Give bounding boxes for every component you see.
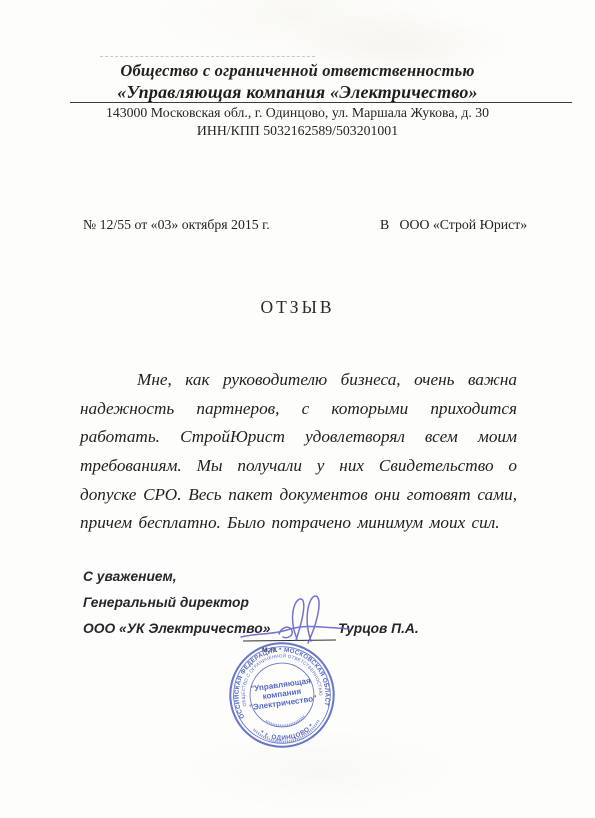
letterhead-org-type: Общество с ограниченной ответственностью — [0, 61, 595, 81]
signer-position: Генеральный директор — [83, 595, 249, 610]
letterhead-org-name: «Управляющая компания «Электричество» — [0, 82, 595, 103]
letterhead-divider — [70, 102, 572, 103]
scan-artifact-line — [100, 56, 315, 57]
letterhead-inn-kpp: ИНН/КПП 5032162589/503201001 — [0, 123, 595, 139]
addressee: В ООО «Строй Юрист» — [380, 217, 527, 233]
letterhead-address: 143000 Московская обл., г. Одинцово, ул.… — [0, 105, 595, 121]
company-stamp: РОССИЙСКАЯ ФЕДЕРАЦИЯ * МОСКОВСКАЯ ОБЛАСТ… — [216, 629, 347, 760]
review-body-paragraph: Мне, как руководителю бизнеса, очень важ… — [80, 366, 517, 538]
outgoing-number-date: № 12/55 от «03» октября 2015 г. — [83, 217, 270, 233]
handwritten-signature — [237, 592, 355, 646]
document-title: ОТЗЫВ — [0, 297, 595, 318]
salutation: С уважением, — [83, 569, 177, 584]
stamp-center-text: "Управляющая компания "Электричество" — [246, 676, 318, 713]
scanned-letter-page: Общество с ограниченной ответственностью… — [0, 0, 595, 818]
